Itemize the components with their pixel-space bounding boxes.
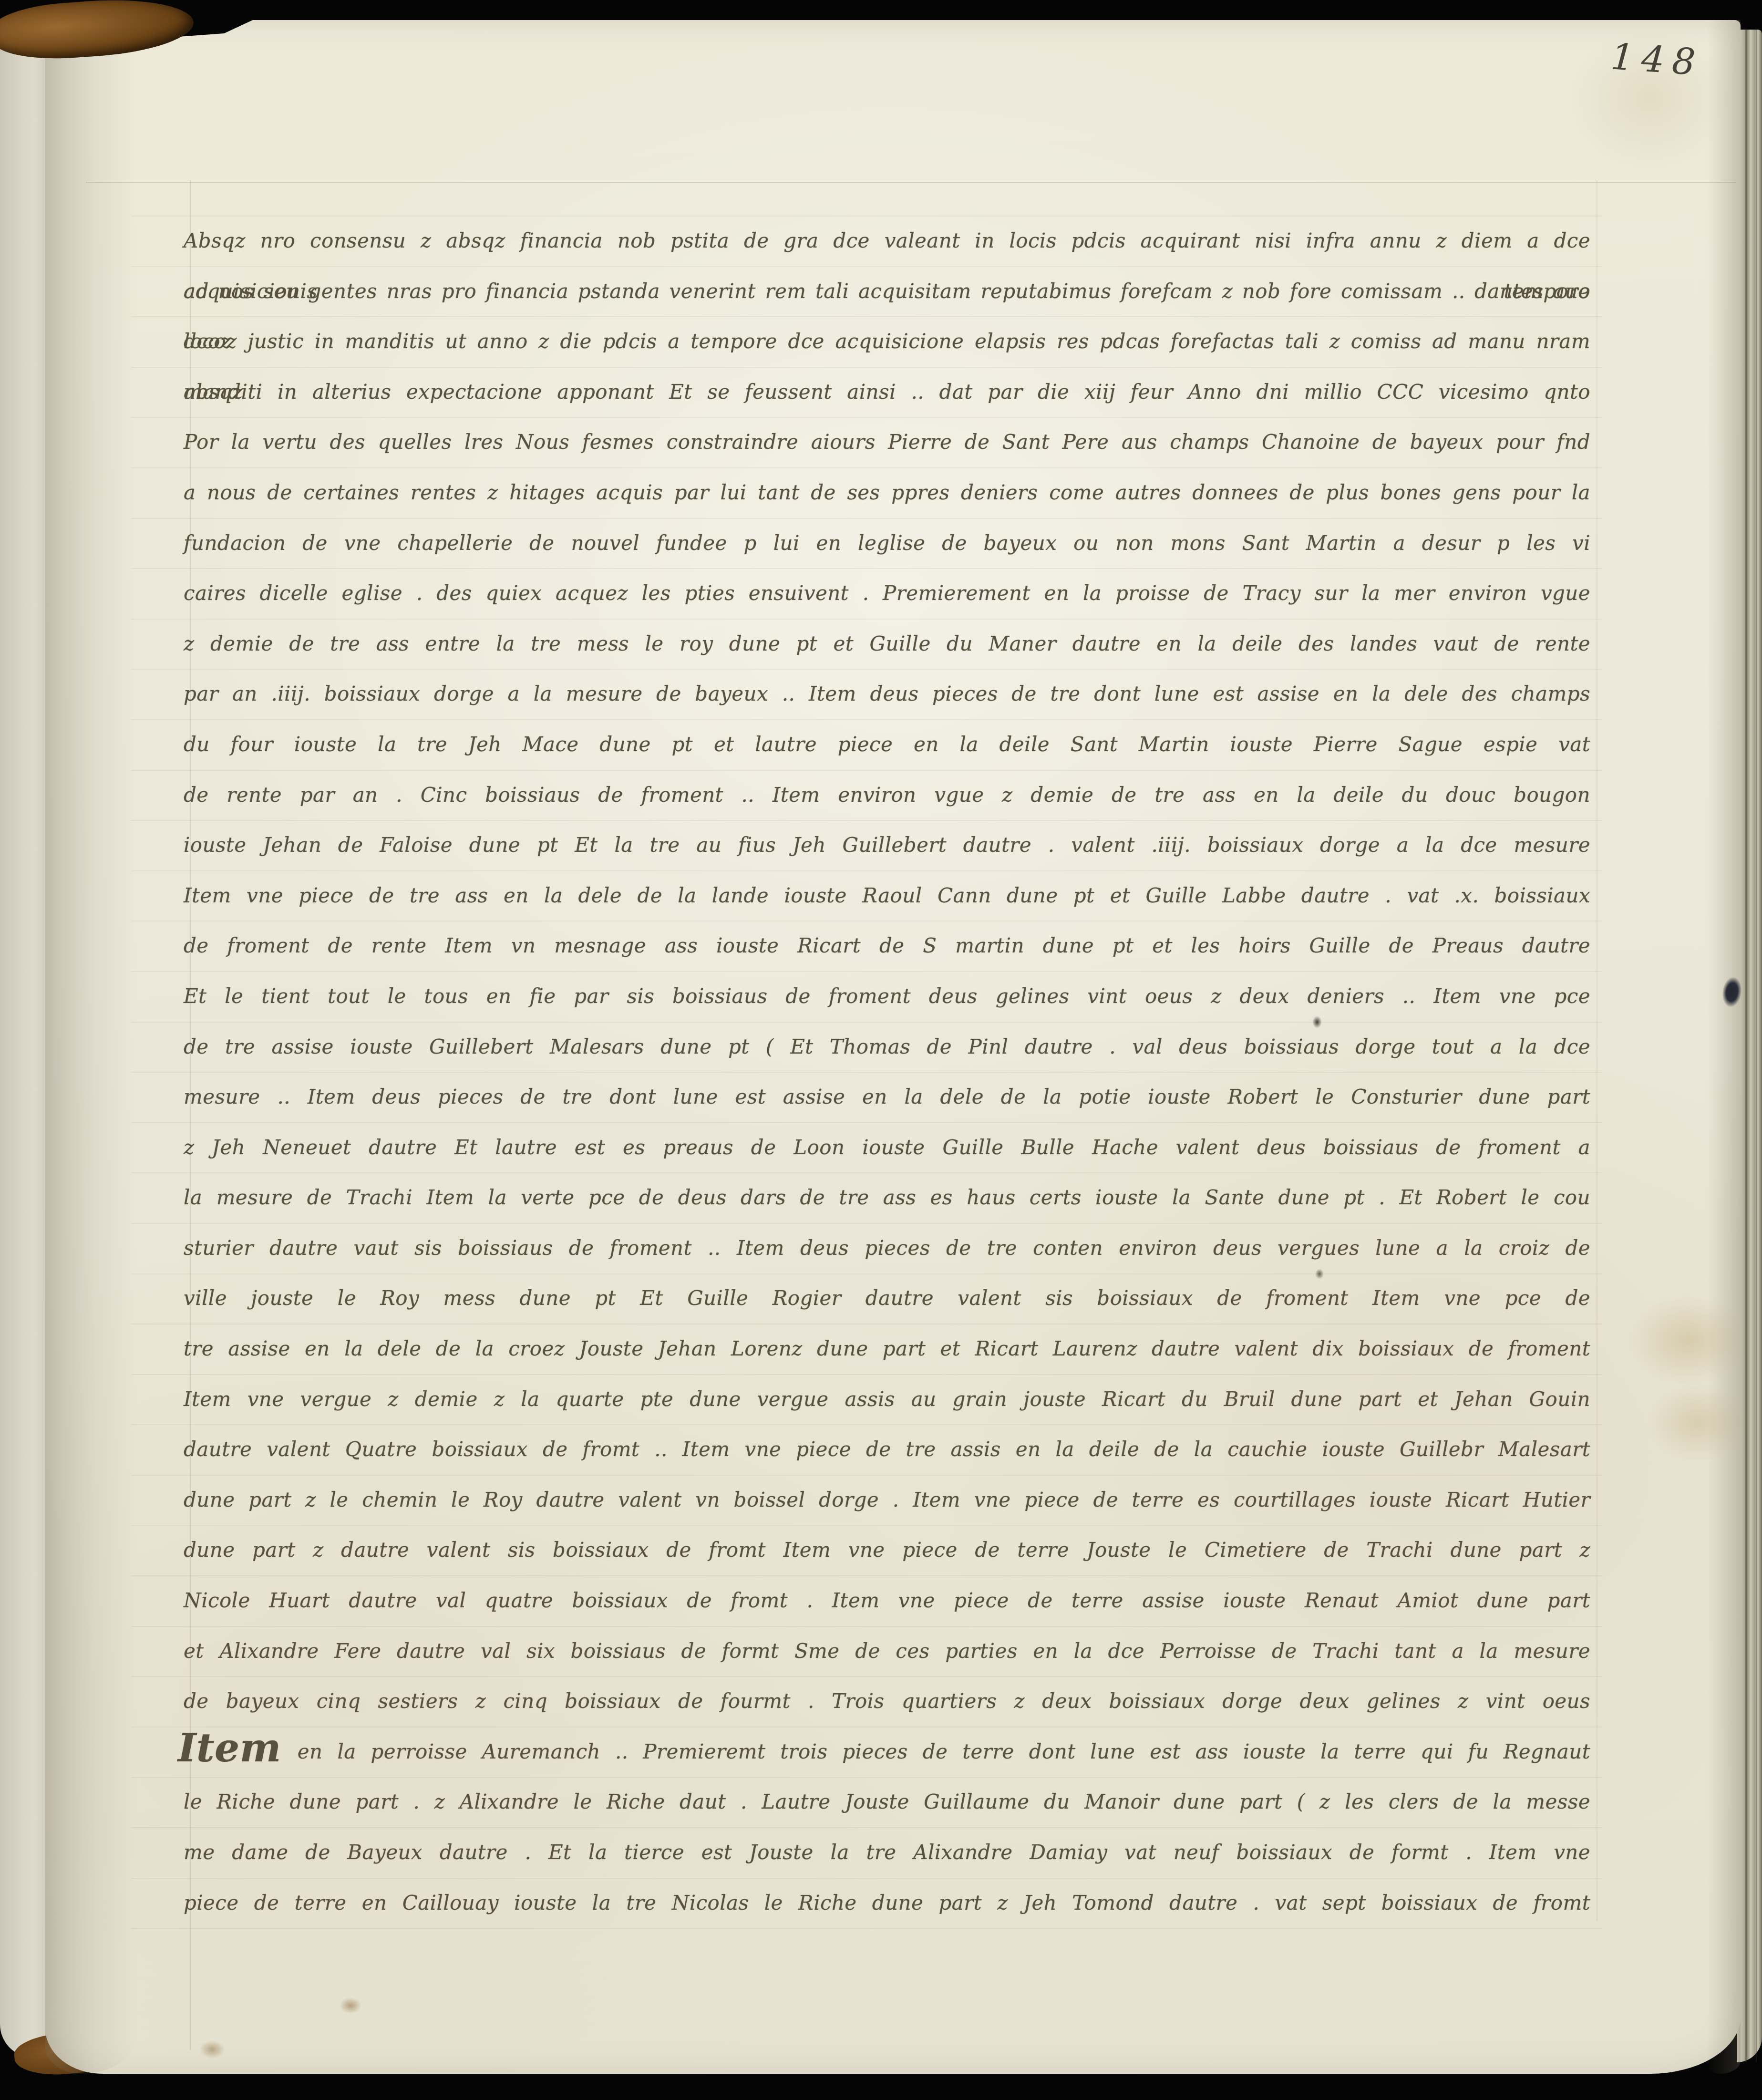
text-line: caires dicelle eglise . des quiex acquez… — [184, 568, 1590, 619]
manuscript-photo: { "page_number": "148", "colors": { "bac… — [0, 0, 1762, 2100]
text-line: Item vne vergue z demie z la quarte pte … — [184, 1374, 1590, 1425]
text-line: ville jouste le Roy mess dune pt Et Guil… — [184, 1273, 1590, 1324]
text-line: mesure .. Item deus pieces de tre dont l… — [184, 1072, 1590, 1122]
ruling-line-right-margin — [1597, 180, 1597, 1921]
text-line: par an .iiij. boissiaux dorge a la mesur… — [184, 669, 1590, 719]
text-line: Nicole Huart dautre val quatre boissiaux… — [184, 1575, 1590, 1626]
text-line: z demie de tre ass entre la tre mess le … — [184, 619, 1590, 669]
text-line: Et le tient tout le tous en fie par sis … — [184, 971, 1590, 1022]
text-line: de bayeux cinq sestiers z cinq boissiaux… — [184, 1676, 1590, 1727]
text-line: Absqz nro consensu z absqz financia nob … — [184, 216, 1590, 266]
text-line: a nous de certaines rentes z hitages acq… — [184, 467, 1590, 518]
text-line: dune part z dautre valent sis boissiaux … — [184, 1525, 1590, 1575]
text-line: la mesure de Trachi Item la verte pce de… — [184, 1172, 1590, 1223]
text-line: dune part z le chemin le Roy dautre vale… — [184, 1475, 1590, 1525]
text-line: de froment de rente Item vn mesnage ass … — [184, 921, 1590, 971]
ruling-line-top — [86, 182, 1736, 183]
text-line: dautre valent Quatre boissiaux de fromt … — [184, 1424, 1590, 1475]
text-line: du four iouste la tre Jeh Mace dune pt e… — [184, 719, 1590, 770]
decorated-initial: Item — [178, 1734, 281, 1762]
manuscript-text: Absqz nro consensu z absqz financia nob … — [184, 216, 1590, 1928]
text-line: de tre assise iouste Guillebert Malesars… — [184, 1022, 1590, 1072]
page-number: 148 — [1609, 35, 1704, 83]
text-line: fundacion de vne chapellerie de nouvel f… — [184, 518, 1590, 569]
text-line: z Jeh Neneuet dautre Et lautre est es pr… — [184, 1122, 1590, 1173]
gutter-shadow — [45, 20, 136, 2074]
text-line: et Alixandre Fere dautre val six boissia… — [184, 1626, 1590, 1676]
text-line: me dame de Bayeux dautre . Et la tierce … — [184, 1827, 1590, 1878]
text-line: Itemen la perroisse Auremanch .. Premier… — [184, 1727, 1590, 1777]
page-edge-line — [1745, 30, 1747, 2062]
fore-edge-shadow — [1707, 20, 1741, 2074]
text-line: sturier dautre vaut sis boissiaus de fro… — [184, 1223, 1590, 1273]
text-line: locoz justic in manditis ut anno z die p… — [184, 316, 1590, 367]
text-line: Item vne piece de tre ass en la dele de … — [184, 870, 1590, 921]
text-line: de rente par an . Cinc boissiaus de from… — [184, 770, 1590, 820]
text-line: ad nos seu gentes nras pro financia psta… — [184, 266, 1590, 317]
text-line: manditi in alterius expectacione apponan… — [184, 367, 1590, 417]
text-line: le Riche dune part . z Alixandre le Rich… — [184, 1777, 1590, 1827]
text-line: Por la vertu des quelles lres Nous fesme… — [184, 417, 1590, 467]
text-line: tre assise en la dele de la croez Jouste… — [184, 1324, 1590, 1374]
page-edge-line — [1756, 30, 1757, 2062]
text-line: piece de terre en Caillouay iouste la tr… — [184, 1878, 1590, 1928]
text-line: iouste Jehan de Faloise dune pt Et la tr… — [184, 820, 1590, 870]
